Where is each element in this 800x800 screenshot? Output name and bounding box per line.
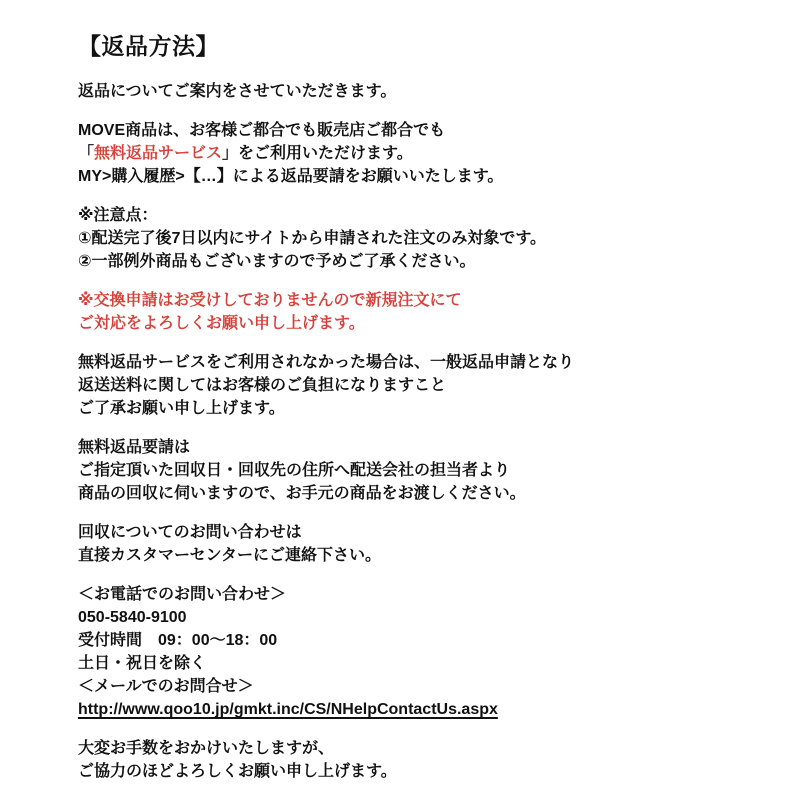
notes-header: ※注意点：: [78, 204, 740, 227]
closing-line-2: ご協力のほどよろしくお願い申し上げます。: [78, 760, 740, 783]
general-return-line-1: 無料返品サービスをご利用されなかった場合は、一般返品申請となり: [78, 351, 740, 374]
intro-line: 返品についてご案内をさせていただきます。: [78, 80, 740, 103]
mail-contact-header: ＜メールでのお問合せ＞: [78, 675, 740, 698]
phone-contact-header: ＜お電話でのお問い合わせ＞: [78, 583, 740, 606]
pickup-line-1: 無料返品要請は: [78, 436, 740, 459]
free-return-pickup-paragraph: 無料返品要請は ご指定頂いた回収日・回収先の住所へ配送会社の担当者より 商品の回…: [78, 436, 740, 505]
pickup-line-2: ご指定頂いた回収日・回収先の住所へ配送会社の担当者より: [78, 459, 740, 482]
notes-paragraph: ※注意点： ①配送完了後7日以内にサイトから申請された注文のみ対象です。 ②一部…: [78, 204, 740, 273]
pickup-inquiry-paragraph: 回収についてのお問い合わせは 直接カスタマーセンターにご連絡下さい。: [78, 521, 740, 567]
business-hours: 受付時間 09：00〜18：00: [78, 629, 740, 652]
service-line-2-suffix: 」をご利用いただけます。: [222, 145, 413, 162]
exchange-warning-line-1: ※交換申請はお受けしておりませんので新規注文にて: [78, 289, 740, 312]
exchange-warning-paragraph: ※交換申請はお受けしておりませんので新規注文にて ご対応をよろしくお願い申し上げ…: [78, 289, 740, 335]
free-return-service-highlight: 無料返品サービス: [94, 145, 222, 162]
notes-item-2: ②一部例外商品もございますので予めご了承ください。: [78, 250, 740, 273]
intro-paragraph: 返品についてご案内をさせていただきます。: [78, 80, 740, 103]
service-line-1: MOVE商品は、お客様ご都合でも販売店ご都合でも: [78, 119, 740, 142]
exchange-warning-line-2: ご対応をよろしくお願い申し上げます。: [78, 312, 740, 335]
closing-paragraph: 大変お手数をおかけいたしますが、 ご協力のほどよろしくお願い申し上げます。: [78, 737, 740, 783]
service-line-3: MY>購入履歴>【…】による返品要請をお願いいたします。: [78, 165, 740, 188]
notes-item-1: ①配送完了後7日以内にサイトから申請された注文のみ対象です。: [78, 227, 740, 250]
service-line-2-prefix: 「: [78, 145, 94, 162]
page-title: 【返品方法】: [78, 30, 740, 62]
pickup-inquiry-line-2: 直接カスタマーセンターにご連絡下さい。: [78, 544, 740, 567]
general-return-paragraph: 無料返品サービスをご利用されなかった場合は、一般返品申請となり 返送送料に関して…: [78, 351, 740, 420]
free-return-service-paragraph: MOVE商品は、お客様ご都合でも販売店ご都合でも 「無料返品サービス」をご利用い…: [78, 119, 740, 188]
general-return-line-3: ご了承お願い申し上げます。: [78, 397, 740, 420]
pickup-inquiry-line-1: 回収についてのお問い合わせは: [78, 521, 740, 544]
pickup-line-3: 商品の回収に伺いますので、お手元の商品をお渡しください。: [78, 482, 740, 505]
return-policy-document: 【返品方法】 返品についてご案内をさせていただきます。 MOVE商品は、お客様ご…: [0, 0, 800, 800]
phone-number: 050-5840-9100: [78, 606, 740, 629]
general-return-line-2: 返送送料に関してはお客様のご負担になりますこと: [78, 374, 740, 397]
closed-days: 土日・祝日を除く: [78, 652, 740, 675]
service-line-2: 「無料返品サービス」をご利用いただけます。: [78, 142, 740, 165]
contact-url-link[interactable]: http://www.qoo10.jp/gmkt.inc/CS/NHelpCon…: [78, 701, 498, 718]
closing-line-1: 大変お手数をおかけいたしますが、: [78, 737, 740, 760]
contact-paragraph: ＜お電話でのお問い合わせ＞ 050-5840-9100 受付時間 09：00〜1…: [78, 583, 740, 721]
